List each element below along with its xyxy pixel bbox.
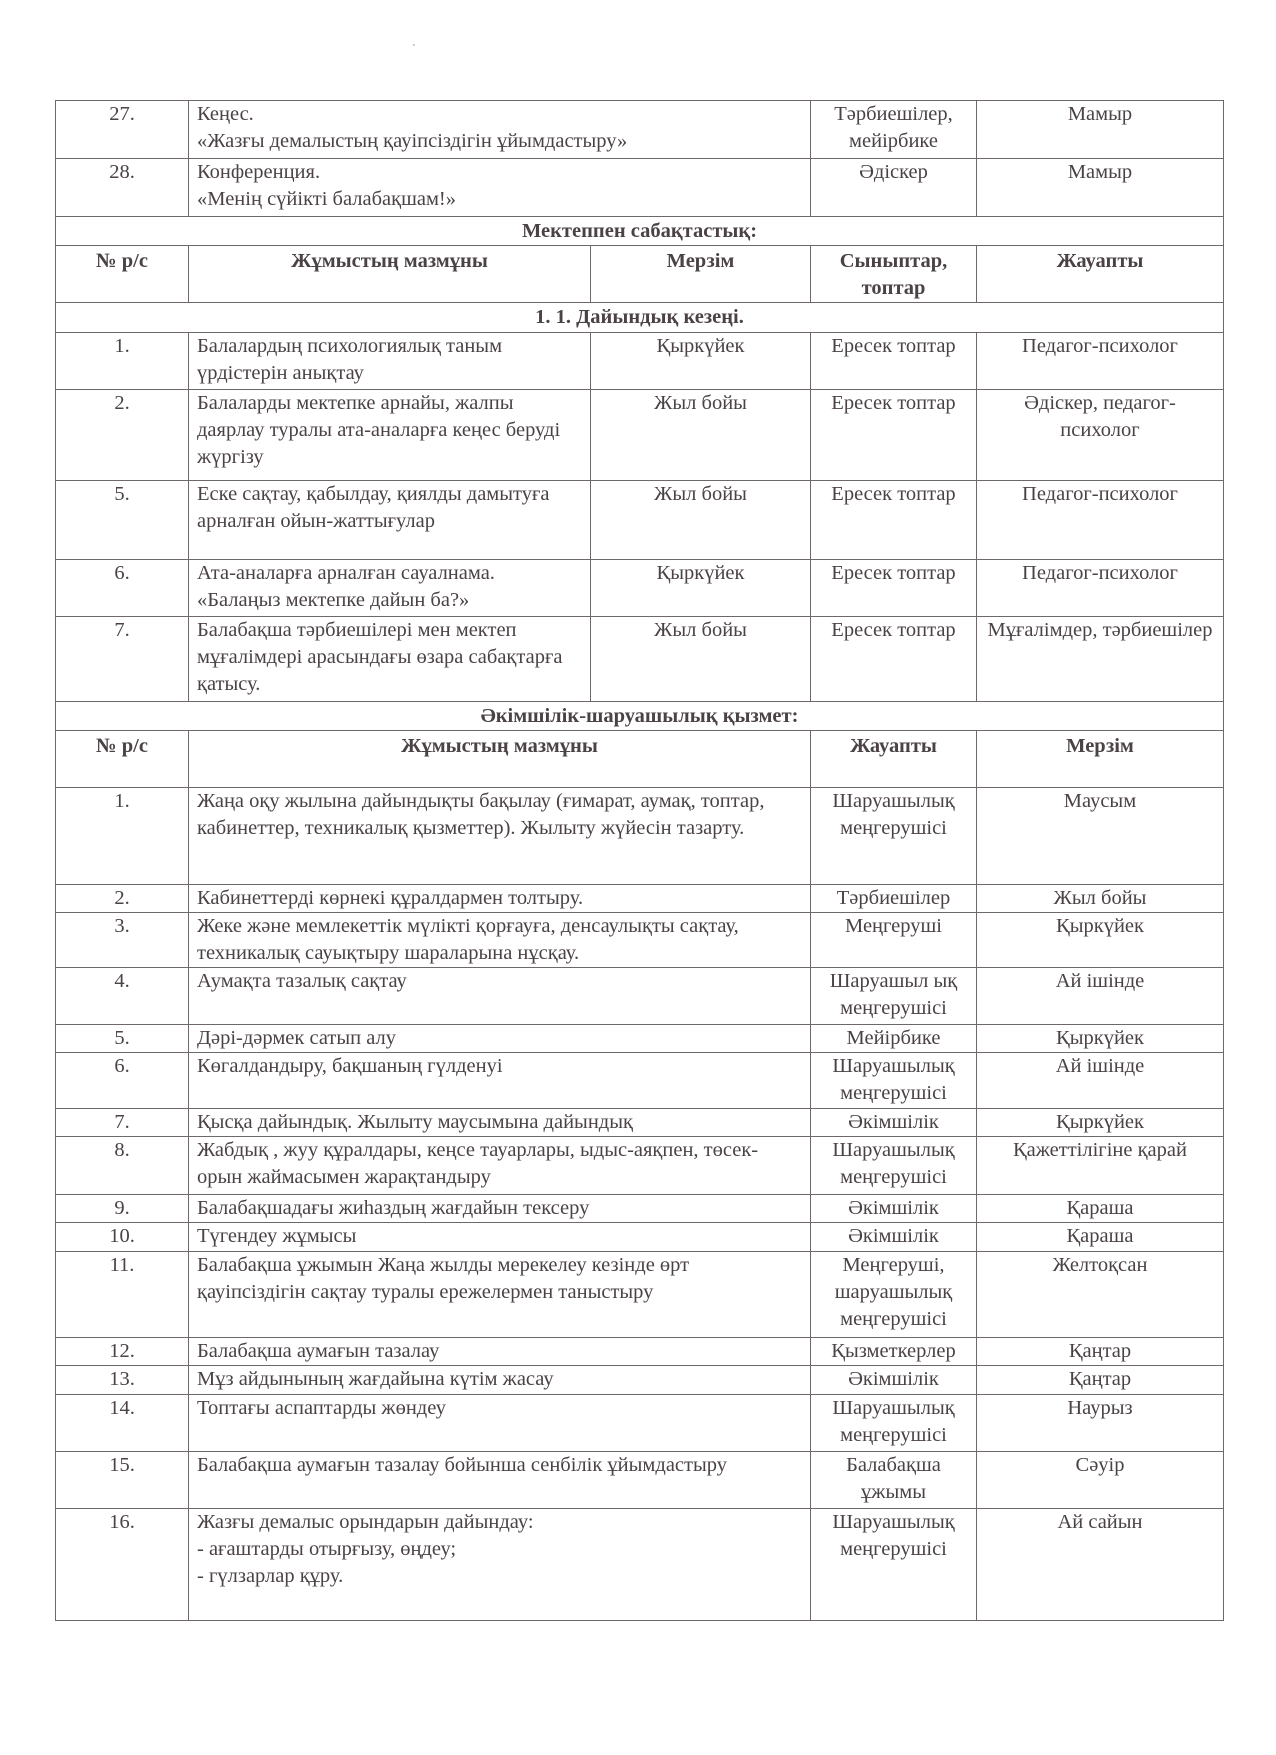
table-row: 11.Балабақша ұжымын Жаңа жылды мерекелеу… [56, 1252, 1224, 1338]
phase-title: 1. 1. Дайындық кезеңі. [56, 303, 1224, 333]
row-content: Қысқа дайындық. Жылыту маусымына дайынды… [189, 1109, 811, 1137]
row-content: Балалардың психологиялық таным үрдістері… [189, 333, 591, 390]
row-content: Балаларды мектепке арнайы, жалпы даярлау… [189, 390, 591, 481]
row-content: Кеңес. «Жазғы демалыстың қауіпсіздігін ұ… [189, 101, 811, 159]
row-responsible: Шаруашылық меңгерушісі [811, 1509, 977, 1621]
row-content: Балабақша тәрбиешілері мен мектеп мұғалі… [189, 617, 591, 702]
table-row: 2.Балаларды мектепке арнайы, жалпы даярл… [56, 390, 1224, 481]
row-number: 8. [56, 1137, 189, 1195]
row-number: 2. [56, 390, 189, 481]
row-content: Дәрі-дәрмек сатып алу [189, 1025, 811, 1053]
row-deadline: Жыл бойы [591, 617, 811, 702]
row-content: Топтағы аспаптарды жөндеу [189, 1395, 811, 1452]
row-number: 6. [56, 560, 189, 617]
table-row: 9.Балабақшадағы жиһаздың жағдайын тексер… [56, 1195, 1224, 1223]
table-row: 4.Аумақта тазалық сақтауШаруашыл ық меңг… [56, 968, 1224, 1025]
row-responsible: Меңгеруші, шаруашылық меңгерушісі [811, 1252, 977, 1338]
section-title-school-continuity: Мектеппен сабақтастық: [56, 217, 1224, 246]
row-responsible: Тәрбиешілер, мейірбике [811, 101, 977, 159]
row-deadline: Жыл бойы [977, 885, 1224, 913]
row-content: Жеке және мемлекеттік мүлікті қорғауға, … [189, 913, 811, 968]
header-responsible: Жауапты [811, 731, 977, 788]
row-deadline: Ай сайын [977, 1509, 1224, 1621]
row-responsible: Қызметкерлер [811, 1338, 977, 1366]
row-responsible: Тәрбиешілер [811, 885, 977, 913]
row-deadline: Маусым [977, 788, 1224, 885]
header-no: № р/с [56, 246, 189, 303]
table-row: 16.Жазғы демалыс орындарын дайындау: - а… [56, 1509, 1224, 1621]
section-title-row: Мектеппен сабақтастық: [56, 217, 1224, 246]
row-responsible: Әкімшілік [811, 1223, 977, 1252]
table-row: 12.Балабақша аумағын тазалауҚызметкерлер… [56, 1338, 1224, 1366]
header-content: Жұмыстың мазмұны [189, 731, 811, 788]
row-deadline: Желтоқсан [977, 1252, 1224, 1338]
row-responsible: Мейірбике [811, 1025, 977, 1053]
row-number: 6. [56, 1053, 189, 1109]
row-deadline: Қыркүйек [977, 1025, 1224, 1053]
row-deadline: Ай ішінде [977, 1053, 1224, 1109]
row-deadline: Қыркүйек [591, 560, 811, 617]
row-content: Балабақша аумағын тазалау бойынша сенбіл… [189, 1452, 811, 1509]
row-number: 1. [56, 788, 189, 885]
row-deadline: Мамыр [977, 159, 1224, 217]
row-groups: Ересек топтар [811, 333, 977, 390]
row-deadline: Ай ішінде [977, 968, 1224, 1025]
header-row: № р/сЖұмыстың мазмұныЖауаптыМерзім [56, 731, 1224, 788]
row-content: Конференция. «Менің сүйікті балабақшам!» [189, 159, 811, 217]
row-deadline: Жыл бойы [591, 481, 811, 560]
table-row: 7.Қысқа дайындық. Жылыту маусымына дайын… [56, 1109, 1224, 1137]
document-page: 27.Кеңес. «Жазғы демалыстың қауіпсіздігі… [0, 0, 1276, 1755]
row-responsible: Меңгеруші [811, 913, 977, 968]
row-responsible: Педагог-психолог [977, 333, 1224, 390]
phase-title-row: 1. 1. Дайындық кезеңі. [56, 303, 1224, 333]
table-row: 28.Конференция. «Менің сүйікті балабақша… [56, 159, 1224, 217]
header-row: № р/сЖұмыстың мазмұныМерзімСыныптар, топ… [56, 246, 1224, 303]
row-number: 7. [56, 617, 189, 702]
table-row: 7.Балабақша тәрбиешілері мен мектеп мұға… [56, 617, 1224, 702]
row-deadline: Мамыр [977, 101, 1224, 159]
row-responsible: Мұғалімдер, тәрбиешілер [977, 617, 1224, 702]
row-content: Балабақша ұжымын Жаңа жылды мерекелеу ке… [189, 1252, 811, 1338]
header-deadline: Мерзім [591, 246, 811, 303]
row-groups: Ересек топтар [811, 617, 977, 702]
table-row: 6.Көгалдандыру, бақшаның гүлденуіШаруашы… [56, 1053, 1224, 1109]
table-row: 15.Балабақша аумағын тазалау бойынша сен… [56, 1452, 1224, 1509]
row-number: 16. [56, 1509, 189, 1621]
table-row: 14.Топтағы аспаптарды жөндеуШаруашылық м… [56, 1395, 1224, 1452]
table-row: 6.Ата-аналарға арналған сауалнама. «Бала… [56, 560, 1224, 617]
row-number: 10. [56, 1223, 189, 1252]
row-deadline: Наурыз [977, 1395, 1224, 1452]
row-responsible: Әкімшілік [811, 1109, 977, 1137]
row-deadline: Қыркүйек [977, 913, 1224, 968]
row-number: 5. [56, 1025, 189, 1053]
row-number: 3. [56, 913, 189, 968]
row-content: Жабдық , жуу құралдары, кеңсе тауарлары,… [189, 1137, 811, 1195]
row-content: Ата-аналарға арналған сауалнама. «Балаңы… [189, 560, 591, 617]
row-content: Кабинеттерді көрнекі құралдармен толтыру… [189, 885, 811, 913]
row-deadline: Қараша [977, 1223, 1224, 1252]
row-content: Балабақша аумағын тазалау [189, 1338, 811, 1366]
table-row: 8.Жабдық , жуу құралдары, кеңсе тауарлар… [56, 1137, 1224, 1195]
header-content: Жұмыстың мазмұны [189, 246, 591, 303]
row-groups: Ересек топтар [811, 390, 977, 481]
row-responsible: Әдіскер [811, 159, 977, 217]
table-row: 10.Түгендеу жұмысыӘкімшілікҚараша [56, 1223, 1224, 1252]
row-responsible: Әдіскер, педагог-психолог [977, 390, 1224, 481]
row-content: Мұз айдынының жағдайына күтім жасау [189, 1366, 811, 1395]
table-row: 5.Дәрі-дәрмек сатып алуМейірбикеҚыркүйек [56, 1025, 1224, 1053]
row-number: 11. [56, 1252, 189, 1338]
table-row: 3.Жеке және мемлекеттік мүлікті қорғауға… [56, 913, 1224, 968]
row-number: 14. [56, 1395, 189, 1452]
row-number: 2. [56, 885, 189, 913]
row-deadline: Жыл бойы [591, 390, 811, 481]
row-number: 7. [56, 1109, 189, 1137]
table-row: 1.Балалардың психологиялық таным үрдісте… [56, 333, 1224, 390]
row-responsible: Шаруашылық меңгерушісі [811, 1137, 977, 1195]
row-deadline: Қаңтар [977, 1366, 1224, 1395]
row-deadline: Қажеттілігіне қарай [977, 1137, 1224, 1195]
row-responsible: Шаруашыл ық меңгерушісі [811, 968, 977, 1025]
table-row: 27.Кеңес. «Жазғы демалыстың қауіпсіздігі… [56, 101, 1224, 159]
row-responsible: Әкімшілік [811, 1366, 977, 1395]
row-responsible: Әкімшілік [811, 1195, 977, 1223]
row-content: Аумақта тазалық сақтау [189, 968, 811, 1025]
row-number: 13. [56, 1366, 189, 1395]
row-number: 9. [56, 1195, 189, 1223]
row-responsible: Шаруашылық меңгерушісі [811, 1395, 977, 1452]
row-responsible: Педагог-психолог [977, 481, 1224, 560]
row-groups: Ересек топтар [811, 560, 977, 617]
row-deadline: Қыркүйек [591, 333, 811, 390]
row-deadline: Сәуір [977, 1452, 1224, 1509]
row-groups: Ересек топтар [811, 481, 977, 560]
row-responsible: Педагог-психолог [977, 560, 1224, 617]
table-row: 5.Еске сақтау, қабылдау, қиялды дамытуға… [56, 481, 1224, 560]
row-content: Түгендеу жұмысы [189, 1223, 811, 1252]
header-groups: Сыныптар, топтар [811, 246, 977, 303]
row-responsible: Шаруашылық меңгерушісі [811, 788, 977, 885]
row-content: Көгалдандыру, бақшаның гүлденуі [189, 1053, 811, 1109]
row-deadline: Қараша [977, 1195, 1224, 1223]
row-number: 15. [56, 1452, 189, 1509]
section-title-row: Әкімшілік-шаруашылық қызмет: [56, 702, 1224, 731]
row-number: 4. [56, 968, 189, 1025]
scan-speck [413, 44, 415, 46]
row-content: Жазғы демалыс орындарын дайындау: - ағаш… [189, 1509, 811, 1621]
row-content: Еске сақтау, қабылдау, қиялды дамытуға а… [189, 481, 591, 560]
row-responsible: Шаруашылық меңгерушісі [811, 1053, 977, 1109]
row-number: 28. [56, 159, 189, 217]
row-content: Жаңа оқу жылына дайындықты бақылау (ғима… [189, 788, 811, 885]
row-deadline: Қаңтар [977, 1338, 1224, 1366]
header-responsible: Жауапты [977, 246, 1224, 303]
table-row: 13.Мұз айдынының жағдайына күтім жасауӘк… [56, 1366, 1224, 1395]
row-number: 5. [56, 481, 189, 560]
row-number: 1. [56, 333, 189, 390]
row-responsible: Балабақша ұжымы [811, 1452, 977, 1509]
section-title-admin-household: Әкімшілік-шаруашылық қызмет: [56, 702, 1224, 731]
row-deadline: Қыркүйек [977, 1109, 1224, 1137]
row-content: Балабақшадағы жиһаздың жағдайын тексеру [189, 1195, 811, 1223]
header-no: № р/с [56, 731, 189, 788]
row-number: 27. [56, 101, 189, 159]
table-row: 1.Жаңа оқу жылына дайындықты бақылау (ғи… [56, 788, 1224, 885]
header-deadline: Мерзім [977, 731, 1224, 788]
row-number: 12. [56, 1338, 189, 1366]
table-row: 2.Кабинеттерді көрнекі құралдармен толты… [56, 885, 1224, 913]
plan-table: 27.Кеңес. «Жазғы демалыстың қауіпсіздігі… [55, 100, 1224, 1621]
